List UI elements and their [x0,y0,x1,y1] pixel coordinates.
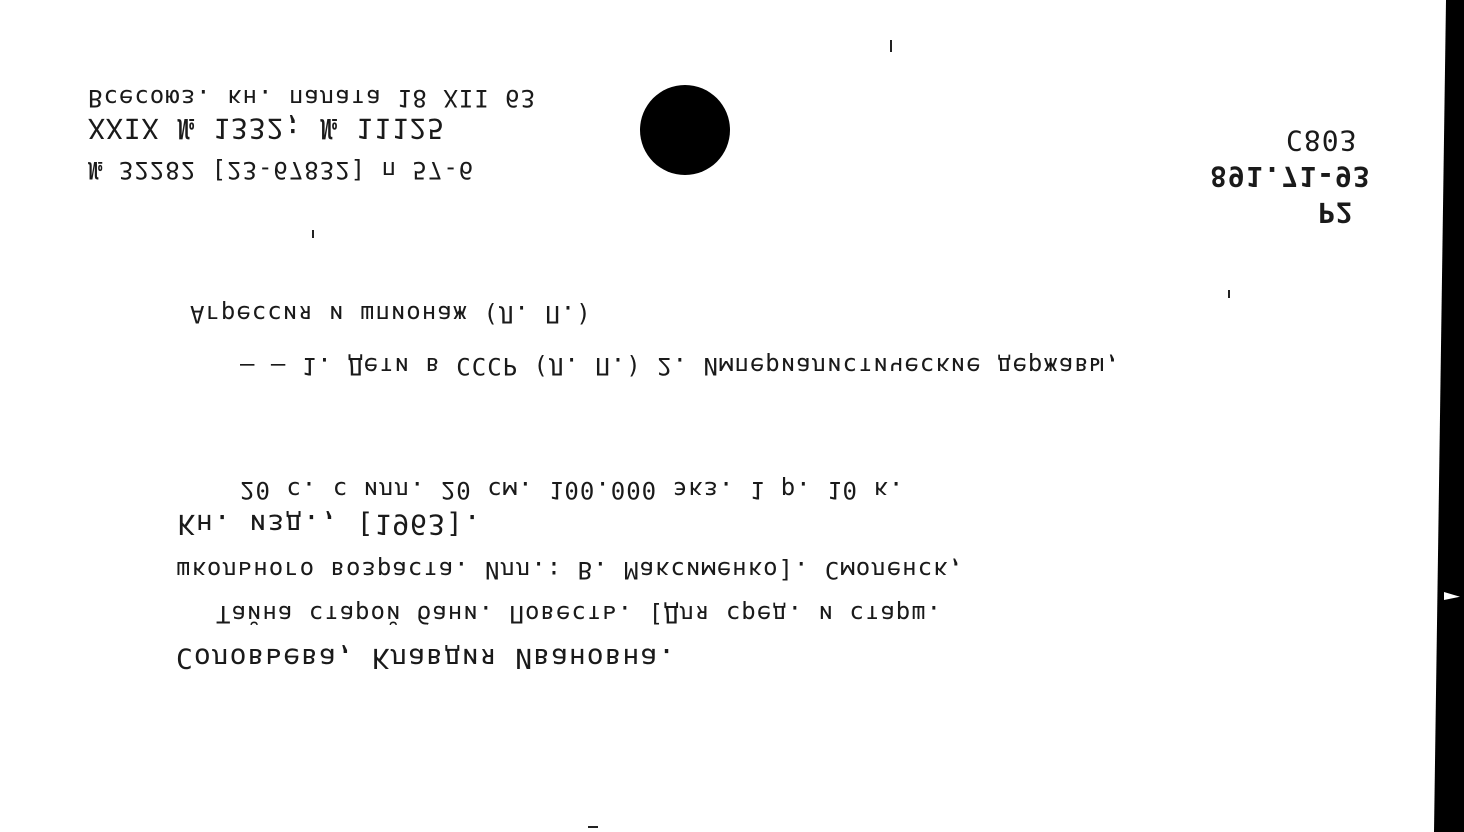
subject-heading-2: — — 1. Дети в СССР (Л. П.) 2. Империалис… [240,352,1121,380]
entry-line-1: школьного возраста. Илл.: В. Максименко]… [176,556,964,584]
author-line: Соловьева, Клавдия Ивановна. [176,642,676,675]
scan-speck [312,230,314,238]
scan-border-edge [1434,0,1464,832]
header-line-1: Всесоюз. кн. палата 18 XII 63 [88,84,536,112]
catalog-card: Всесоюз. кн. палата 18 XII 63 XXIX № 133… [0,0,1464,832]
scan-speck [890,40,892,52]
classification-code-3: Р2 [1318,196,1354,229]
classification-code-2: 891.71-93 [1210,160,1371,193]
header-line-2: XXIX № 1332; № 11125 [88,112,445,145]
entry-line-2: Тайна старой бани. Повесть. [Для сред. и… [216,600,942,628]
subject-heading-1: Агрессия и шпионаж (Л. П.) [190,300,592,328]
scan-speck [588,826,598,828]
publisher-line: Кн. изд., [1963]. [178,508,482,541]
classification-code-1: С803 [1286,124,1357,157]
header-line-3: № 32282 [23-67832] п 57-6 [88,156,474,184]
edge-notch [1444,592,1460,600]
scan-speck [1228,290,1230,298]
physical-description: 20 с. с илл. 20 см. 100.000 экз. 1 р. 10… [240,476,904,504]
punch-hole-dot [640,85,730,175]
